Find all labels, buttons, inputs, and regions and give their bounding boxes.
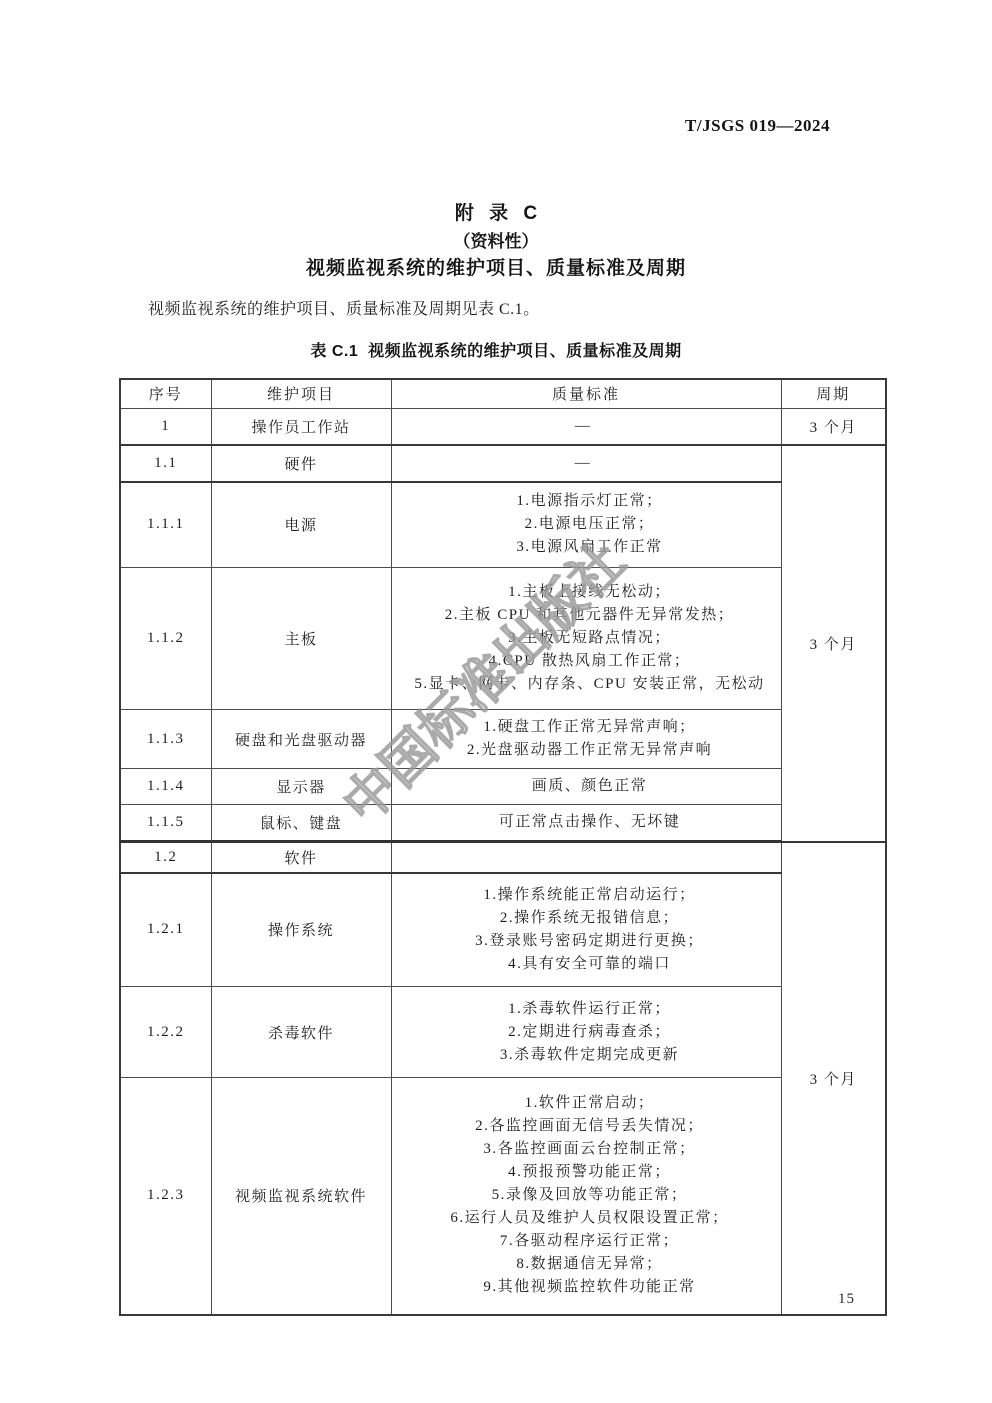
cell-no: 1.2.3 [120,1078,211,1315]
header-cell-period: 周期 [781,379,886,408]
appendix-kind: （资料性） [0,227,992,252]
cell-no: 1.1.2 [120,568,211,710]
cell-item: 硬盘和光盘驱动器 [211,710,391,769]
cell-item: 主板 [211,568,391,710]
doc-number: T/JSGS 019—2024 [685,116,830,136]
header-cell-standard: 质量标准 [391,379,781,408]
table-row: 1.2.3 视频监视系统软件 1.软件正常启动； 2.各监控画面无信号丢失情况；… [120,1078,886,1315]
cell-no: 1.2.2 [120,987,211,1078]
cell-item: 硬件 [211,445,391,482]
appendix-label: 附 录 C [0,198,992,225]
table-row: 1 操作员工作站 — 3 个月 [120,408,886,445]
table-row: 1.1.2 主板 1.主板上接线无松动； 2.主板 CPU 和其他元器件无异常发… [120,568,886,710]
cell-standard: — [391,445,781,482]
cell-period: 3 个月 [781,408,886,445]
page-number: 15 [838,1291,855,1308]
cell-item: 软件 [211,842,391,873]
cell-standard: 1.电源指示灯正常； 2.电源电压正常； 3.电源风扇工作正常 [391,482,781,568]
maintenance-table: 序号 维护项目 质量标准 周期 1 操作员工作站 — 3 个月 1.1 硬件 —… [119,378,887,1316]
cell-no: 1.1.5 [120,805,211,842]
cell-standard: 1.主板上接线无松动； 2.主板 CPU 和其他元器件无异常发热； 3.主板无短… [391,568,781,710]
table-caption: 表 C.1 视频监视系统的维护项目、质量标准及周期 [0,338,992,361]
table-row: 1.2 软件 3 个月 [120,842,886,873]
table-row: 1.2.1 操作系统 1.操作系统能正常启动运行； 2.操作系统无报错信息； 3… [120,873,886,987]
intro-paragraph: 视频监视系统的维护项目、质量标准及周期见表 C.1。 [148,296,540,319]
cell-no: 1.1 [120,445,211,482]
cell-standard: 画质、颜色正常 [391,769,781,805]
table-row: 1.1 硬件 — 3 个月 [120,445,886,482]
table-header-row: 序号 维护项目 质量标准 周期 [120,379,886,408]
cell-no: 1.2 [120,842,211,873]
header-cell-no: 序号 [120,379,211,408]
table-row: 1.1.5 鼠标、键盘 可正常点击操作、无坏键 [120,805,886,842]
cell-standard: 1.软件正常启动； 2.各监控画面无信号丢失情况； 3.各监控画面云台控制正常；… [391,1078,781,1315]
cell-no: 1.2.1 [120,873,211,987]
header-cell-item: 维护项目 [211,379,391,408]
table-row: 1.1.4 显示器 画质、颜色正常 [120,769,886,805]
cell-item: 视频监视系统软件 [211,1078,391,1315]
cell-item: 显示器 [211,769,391,805]
cell-standard: 1.操作系统能正常启动运行； 2.操作系统无报错信息； 3.登录账号密码定期进行… [391,873,781,987]
cell-no: 1 [120,408,211,445]
cell-item: 电源 [211,482,391,568]
table-row: 1.1.3 硬盘和光盘驱动器 1.硬盘工作正常无异常声响； 2.光盘驱动器工作正… [120,710,886,769]
cell-item: 杀毒软件 [211,987,391,1078]
cell-no: 1.1.1 [120,482,211,568]
cell-item: 操作员工作站 [211,408,391,445]
cell-standard: 1.杀毒软件运行正常； 2.定期进行病毒查杀； 3.杀毒软件定期完成更新 [391,987,781,1078]
cell-standard [391,842,781,873]
cell-item: 操作系统 [211,873,391,987]
cell-period-software: 3 个月 [781,842,886,1315]
cell-no: 1.1.3 [120,710,211,769]
cell-period-hardware: 3 个月 [781,445,886,842]
table-row: 1.2.2 杀毒软件 1.杀毒软件运行正常； 2.定期进行病毒查杀； 3.杀毒软… [120,987,886,1078]
document-page: { "page": { "doc_number": "T/JSGS 019—20… [0,0,992,1403]
cell-standard: 可正常点击操作、无坏键 [391,805,781,842]
cell-item: 鼠标、键盘 [211,805,391,842]
cell-standard: — [391,408,781,445]
appendix-title: 视频监视系统的维护项目、质量标准及周期 [0,253,992,280]
table-row: 1.1.1 电源 1.电源指示灯正常； 2.电源电压正常； 3.电源风扇工作正常 [120,482,886,568]
cell-standard: 1.硬盘工作正常无异常声响； 2.光盘驱动器工作正常无异常声响 [391,710,781,769]
cell-no: 1.1.4 [120,769,211,805]
